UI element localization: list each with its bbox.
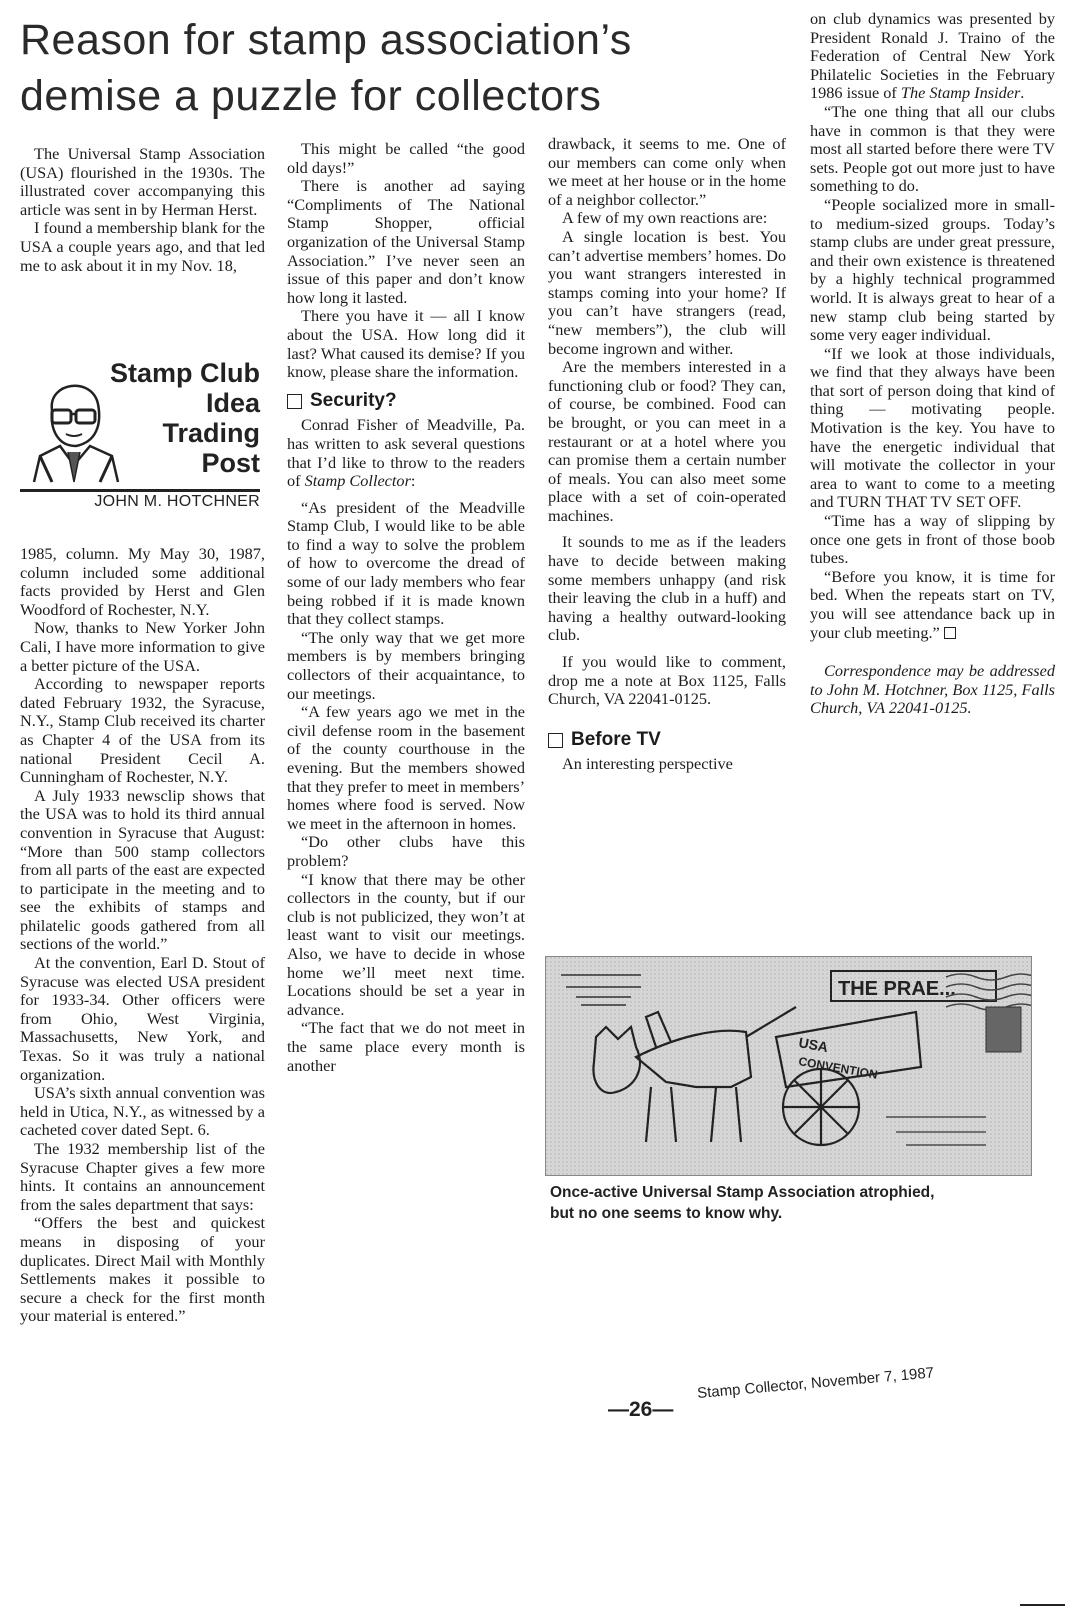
paragraph: on club dynamics was presented by Presid… [810,10,1055,103]
paragraph: “Offers the best and quickest means in d… [20,1214,265,1326]
paragraph: Conrad Fisher of Meadville, Pa. has writ… [287,416,525,490]
donkey-cart-illustration-icon: THE PRAE... USA CONVENTION [546,957,1031,1175]
logo-line: Idea [110,388,260,418]
column-1-bottom: 1985, column. My May 30, 1987, column in… [20,545,265,1326]
text: . [1020,83,1024,102]
publication-name: The Stamp Insider [901,83,1020,102]
paragraph: “The only way that we get more members i… [287,629,525,703]
paragraph: drawback, it seems to me. One of our mem… [548,135,786,209]
headline-line-1: Reason for stamp association’s [20,12,800,68]
column-logo: Stamp Club Idea Trading Post JOHN M. HOT… [20,352,260,527]
publication-dateline: Stamp Collector, November 7, 1987 [697,1364,935,1402]
paragraph: This might be called “the good old days!… [287,140,525,177]
headline: Reason for stamp association’s demise a … [20,12,800,124]
text: : [411,471,416,490]
paragraph: “A few years ago we met in the civil def… [287,703,525,833]
paragraph: An interesting perspective [548,755,786,774]
column-3: drawback, it seems to me. One of our mem… [548,135,786,774]
paragraph: The 1932 membership list of the Syracuse… [20,1140,265,1214]
section-box-icon [548,733,563,748]
paragraph: “People socialized more in small- to med… [810,196,1055,345]
logo-line: Trading [110,418,260,448]
headline-line-2: demise a puzzle for collectors [20,68,800,124]
page-edge-rule [1020,1604,1065,1606]
subhead-security: Security? [287,392,525,411]
paragraph: “If we look at those individuals, we fin… [810,345,1055,512]
column-4: on club dynamics was presented by Presid… [810,10,1055,718]
paragraph: If you would like to comment, drop me a … [548,653,786,709]
paragraph: There is another ad saying “Compliments … [287,177,525,307]
paragraph: It sounds to me as if the leaders have t… [548,533,786,645]
column-2: This might be called “the good old days!… [287,140,525,1075]
correspondence-note: Correspondence may be addressed to John … [810,662,1055,718]
paragraph: “Do other clubs have this problem? [287,833,525,870]
logo-line: Stamp Club [110,358,260,388]
image-caption: Once-active Universal Stamp Association … [550,1182,1030,1224]
paragraph: A July 1933 newsclip shows that the USA … [20,787,265,954]
paragraph: “As president of the Meadville Stamp Clu… [287,499,525,629]
paragraph: A few of my own reactions are: [548,209,786,228]
byline: JOHN M. HOTCHNER [94,493,260,511]
paragraph: “Before you know, it is time for bed. Wh… [810,568,1055,642]
end-mark-icon [944,627,956,639]
subhead-before-tv: Before TV [548,731,786,750]
paragraph: “The fact that we do not meet in the sam… [287,1019,525,1075]
section-box-icon [287,394,302,409]
paragraph: A single location is best. You can’t adv… [548,228,786,358]
subhead-text: Security? [310,392,397,411]
page-number: —26— [608,1398,673,1422]
logo-rule [20,489,260,492]
column-logo-title: Stamp Club Idea Trading Post [110,358,260,478]
paragraph: Now, thanks to New Yorker John Cali, I h… [20,619,265,675]
paragraph: “The one thing that all our clubs have i… [810,103,1055,196]
paragraph: “I know that there may be other collecto… [287,871,525,1020]
text: Correspondence may be addressed to John … [810,661,1055,717]
paragraph: Are the members interested in a function… [548,358,786,525]
column-1-top: The Universal Stamp Association (USA) fl… [20,145,265,275]
text: “Before you know, it is time for bed. Wh… [810,567,1055,642]
paragraph: According to newspaper reports dated Feb… [20,675,265,787]
columnist-portrait-icon [30,370,120,485]
subhead-text: Before TV [571,731,661,750]
paragraph: At the convention, Earl D. Stout of Syra… [20,954,265,1084]
paragraph: The Universal Stamp Association (USA) fl… [20,145,265,219]
paragraph: I found a membership blank for the USA a… [20,219,265,275]
publication-name: Stamp Collector [305,471,411,490]
paragraph: There you have it — all I know about the… [287,307,525,381]
paragraph: 1985, column. My May 30, 1987, column in… [20,545,265,619]
caption-line: but no one seems to know why. [550,1203,1030,1224]
svg-text:THE PRAE...: THE PRAE... [838,978,956,1000]
logo-line: Post [110,448,260,478]
caption-line: Once-active Universal Stamp Association … [550,1182,1030,1203]
paragraph: USA’s sixth annual convention was held i… [20,1084,265,1140]
paragraph: “Time has a way of slipping by once one … [810,512,1055,568]
illustrated-cover-image: THE PRAE... USA CONVENTION [545,956,1032,1176]
